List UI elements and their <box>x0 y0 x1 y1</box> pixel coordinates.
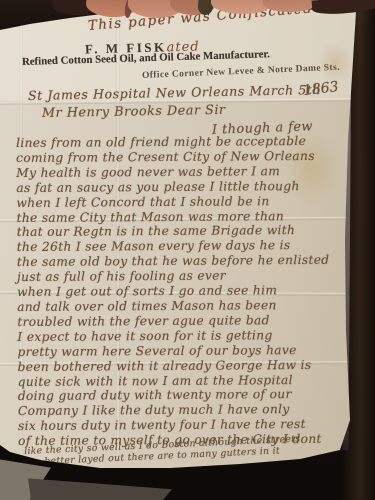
finger-shadow <box>312 0 375 16</box>
letterhead-office-line: Office Corner New Levee & Notre Dame Sts… <box>142 63 340 81</box>
dateline-year: 1863 <box>302 79 339 99</box>
photo-of-confiscated-letter: This paper was Confiscated F. M FISKated… <box>0 0 375 500</box>
letter-line: coming from the Cresent City of New Orle… <box>16 149 356 166</box>
letter-sheet: This paper was Confiscated F. M FISKated… <box>0 0 375 500</box>
fingers-holding-paper <box>0 0 375 24</box>
letter-line: been bothered with it already George Haw… <box>18 357 358 374</box>
letter-line: the same old boy that he was before he e… <box>17 253 357 270</box>
letter-body: lines from an old friend might be accept… <box>16 134 358 449</box>
salutation: Mr Henry Brooks Dear Sir <box>42 103 226 121</box>
